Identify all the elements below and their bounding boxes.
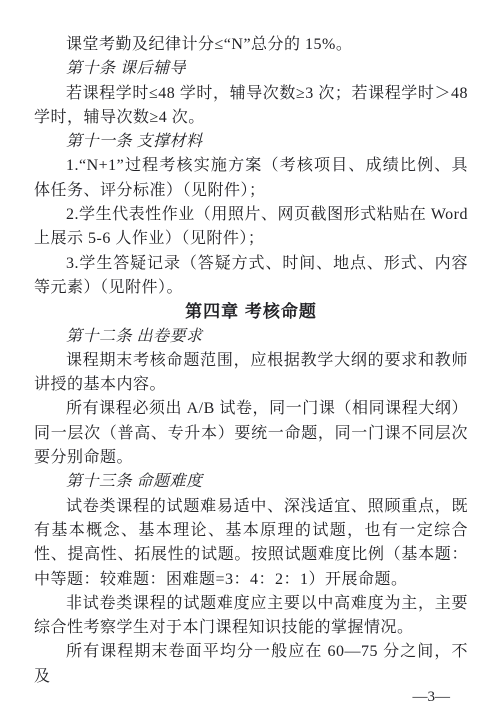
paragraph-ab-papers: 所有课程必须出 A/B 试卷，同一门课（相同课程大纲）同一层次（普高、专升本）要… [34,397,468,470]
article-heading-12: 第十二条 出卷要求 [34,325,468,349]
paragraph-exam-scope: 课程期末考核命题范围，应根据教学大纲的要求和教师讲授的基本内容。 [34,349,468,398]
page-number: —3— [413,689,451,706]
paragraph-nonexam-difficulty: 非试卷类课程的试题难度应主要以中高难度为主，主要综合性考察学生对于本门课程知识技… [34,592,468,641]
document-content: 课堂考勤及纪律计分≤“N”总分的 15%。 第十条 课后辅导 若课程学时≤48 … [0,0,502,689]
article-heading-11: 第十一条 支撑材料 [34,130,468,154]
paragraph-difficulty-ratio: 试卷类课程的试题难易适中、深浅适宜、照顾重点，既有基本概念、基本理论、基本原理的… [34,495,468,592]
list-item-2-student-work: 2.学生代表性作业（用照片、网页截图形式粘贴在 Word 上展示 5-6 人作业… [34,203,468,252]
paragraph-tutoring-times: 若课程学时≤48 学时，辅导次数≥3 次；若课程学时＞48 学时，辅导次数≥4 … [34,82,468,131]
chapter-heading-4: 第四章 考核命题 [34,300,468,324]
article-heading-13: 第十三条 命题难度 [34,470,468,494]
list-item-1-assessment-plan: 1.“N+1”过程考核实施方案（考核项目、成绩比例、具体任务、评分标准）（见附件… [34,154,468,203]
document-page: 课堂考勤及纪律计分≤“N”总分的 15%。 第十条 课后辅导 若课程学时≤48 … [0,0,502,720]
paragraph-average-score: 所有课程期末卷面平均分一般应在 60—75 分之间，不及 [34,640,468,689]
article-heading-10: 第十条 课后辅导 [34,57,468,81]
list-item-3-qa-records: 3.学生答疑记录（答疑方式、时间、地点、形式、内容等元素）（见附件）。 [34,252,468,301]
paragraph-attendance-rule: 课堂考勤及纪律计分≤“N”总分的 15%。 [34,33,468,57]
